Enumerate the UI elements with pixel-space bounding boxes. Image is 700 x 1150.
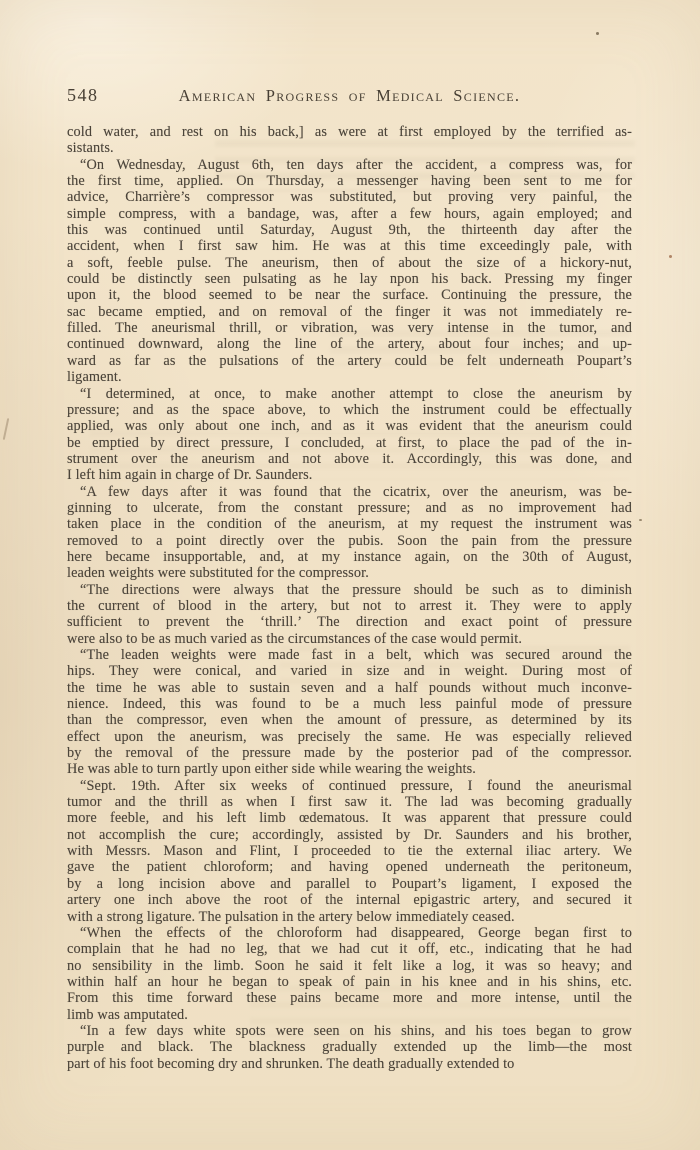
- paragraph: “I determined, at once, to make another …: [67, 386, 632, 484]
- text-line: He was able to turn partly upon either s…: [67, 761, 632, 777]
- text-line: ginning to ulcerate, from the constant p…: [67, 500, 632, 516]
- text-line: advice, Charrière’s compressor was subst…: [67, 189, 632, 205]
- dust-speck: [596, 32, 599, 35]
- text-line: “When the effects of the chloroform had …: [67, 925, 632, 941]
- text-line: tumor and the thrill as when I first saw…: [67, 794, 632, 810]
- text-line: by the removal of the pressure made by t…: [67, 745, 632, 761]
- text-line: “On Wednesday, August 6th, ten days afte…: [67, 157, 632, 173]
- text-line: more feeble, and his left limb œdematous…: [67, 810, 632, 826]
- text-line: applied, was only about one inch, and as…: [67, 418, 632, 434]
- text-line: accident, when I first saw him. He was a…: [67, 238, 632, 254]
- book-page: 548 American Progress of Medical Science…: [0, 0, 700, 1150]
- text-line: limb was amputated.: [67, 1007, 632, 1023]
- text-line: with a strong ligature. The pulsation in…: [67, 909, 632, 925]
- text-line: nience. Indeed, this was found to be a m…: [67, 696, 632, 712]
- text-line: “Sept. 19th. After six weeks of continue…: [67, 778, 632, 794]
- running-title: American Progress of Medical Science.: [67, 86, 632, 106]
- paragraph: “The directions were always that the pre…: [67, 582, 632, 647]
- text-line: not accomplish the cure; accordingly, as…: [67, 827, 632, 843]
- text-line: removed to a point directly over the pub…: [67, 533, 632, 549]
- text-line: ward as far as the pulsations of the art…: [67, 353, 632, 369]
- paragraph: “In a few days white spots were seen on …: [67, 1023, 632, 1072]
- text-line: within half an hour he began to speak of…: [67, 974, 632, 990]
- text-line: pressure; and as the space above, to whi…: [67, 402, 632, 418]
- text-line: sufficient to prevent the ‘thrill.’ The …: [67, 614, 632, 630]
- paragraph: “Sept. 19th. After six weeks of continue…: [67, 778, 632, 925]
- text-line: From this time forward these pains becam…: [67, 990, 632, 1006]
- text-line: ligament.: [67, 369, 632, 385]
- text-line: gave the patient chloroform; and having …: [67, 859, 632, 875]
- text-line: artery one inch above the root of the in…: [67, 892, 632, 908]
- text-line: “In a few days white spots were seen on …: [67, 1023, 632, 1039]
- text-line: the time he was able to sustain seven an…: [67, 680, 632, 696]
- text-line: simple compress, with a bandage, was, af…: [67, 206, 632, 222]
- text-line: sac became emptied, and on removal of th…: [67, 304, 632, 320]
- text-line: filled. The aneurismal thrill, or vibrat…: [67, 320, 632, 336]
- page-header: 548 American Progress of Medical Science…: [67, 85, 632, 107]
- text-line: “The leaden weights were made fast in a …: [67, 647, 632, 663]
- paragraph: “The leaden weights were made fast in a …: [67, 647, 632, 778]
- text-line: no sensibility in the limb. Soon he said…: [67, 958, 632, 974]
- text-line: cold water, and rest on his back,] as we…: [67, 124, 632, 140]
- text-line: complain that he had no leg, that we had…: [67, 941, 632, 957]
- paragraph: cold water, and rest on his back,] as we…: [67, 124, 632, 157]
- margin-scratch: [3, 418, 10, 440]
- text-line: “I determined, at once, to make another …: [67, 386, 632, 402]
- text-line: continued downward, along the line of th…: [67, 336, 632, 352]
- dust-speck: [639, 519, 642, 521]
- text-line: upon it, the blood seemed to be near the…: [67, 287, 632, 303]
- text-line: “The directions were always that the pre…: [67, 582, 632, 598]
- paragraph: “On Wednesday, August 6th, ten days afte…: [67, 157, 632, 386]
- text-line: the first time, applied. On Thursday, a …: [67, 173, 632, 189]
- text-line: hips. They were conical, and varied in s…: [67, 663, 632, 679]
- text-line: the current of blood in the artery, but …: [67, 598, 632, 614]
- paragraph: “A few days after it was found that the …: [67, 484, 632, 582]
- text-line: sistants.: [67, 140, 632, 156]
- text-line: could be distinctly seen pulsating as he…: [67, 271, 632, 287]
- text-line: leaden weights were substituted for the …: [67, 565, 632, 581]
- dust-speck: [669, 255, 672, 258]
- body-text: cold water, and rest on his back,] as we…: [67, 124, 632, 1072]
- text-line: taken place in the condition of the aneu…: [67, 516, 632, 532]
- text-line: purple and black. The blackness graduall…: [67, 1039, 632, 1055]
- text-line: here became insupportable, and, at my in…: [67, 549, 632, 565]
- paragraph: “When the effects of the chloroform had …: [67, 925, 632, 1023]
- text-line: I left him again in charge of Dr. Saunde…: [67, 467, 632, 483]
- text-line: by a long incision above and parallel to…: [67, 876, 632, 892]
- text-line: were also to be as much varied as the ci…: [67, 631, 632, 647]
- text-line: part of his foot becoming dry and shrunk…: [67, 1056, 632, 1072]
- text-line: than the compressor, even when the amoun…: [67, 712, 632, 728]
- text-line: “A few days after it was found that the …: [67, 484, 632, 500]
- text-line: a soft, feeble pulse. The aneurism, then…: [67, 255, 632, 271]
- text-line: be emptied by direct pressure, I conclud…: [67, 435, 632, 451]
- text-line: strument over the aneurism and not above…: [67, 451, 632, 467]
- text-line: with Messrs. Mason and Flint, I proceede…: [67, 843, 632, 859]
- text-line: effect upon the aneurism, was precisely …: [67, 729, 632, 745]
- text-line: this was continued until Saturday, Augus…: [67, 222, 632, 238]
